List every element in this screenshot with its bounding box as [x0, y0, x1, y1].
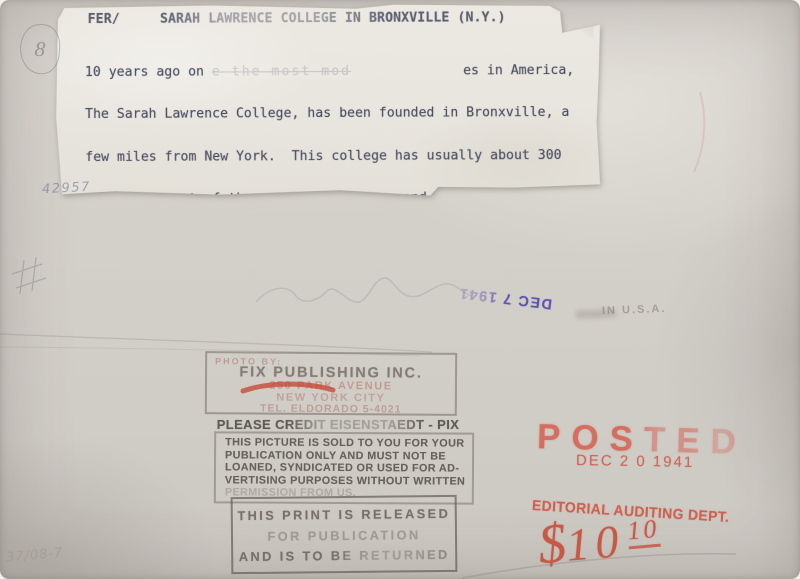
license-line: PUBLICATION ONLY AND MUST NOT BE — [225, 449, 467, 463]
release-line: THIS PRINT IS RELEASED — [233, 504, 455, 527]
license-line: VERTISING PURPOSES WITHOUT WRITTEN — [225, 474, 467, 488]
caption-line: probably no 2 students have the same sch… — [86, 318, 586, 334]
pencil-negative-number: 37/08-7 — [5, 546, 64, 566]
pink-scratch — [694, 92, 704, 172]
caption-line: The Sarah Lawrence College, has been fou… — [85, 106, 585, 122]
caption-header: FER/ SARAH LAWRENCE COLLEGE IN BRONXVILL… — [88, 10, 506, 27]
release-stamp-box: THIS PRINT IS RELEASED FOR PUBLICATION A… — [231, 495, 458, 574]
license-line: LOANED, SYNDICATED OR USED FOR AD- — [225, 462, 467, 476]
caption-line: few miles from New York. This college ha… — [85, 149, 585, 165]
license-stamp-box: THIS PICTURE IS SOLD TO YOU FOR YOUR PUB… — [214, 431, 474, 504]
caption-line: students, most of them are in residence … — [85, 191, 585, 207]
circled-number-value: 8 — [34, 36, 46, 62]
posted-date-stamp: DEC 2 0 1941 — [576, 452, 695, 471]
caption-line1-prefix: 10 years ago on — [85, 66, 212, 81]
crease-line — [0, 334, 432, 352]
caption-line1-faded-text: e the most mod — [212, 65, 351, 80]
erased-gap — [351, 65, 463, 80]
price-dollars: 10 — [564, 515, 626, 571]
caption-slip-paper: FER/ SARAH LAWRENCE COLLEGE IN BRONXVILL… — [55, 4, 603, 198]
release-line: FOR PUBLICATION — [233, 524, 455, 547]
agency-stamp-box: PHOTO BY: FIX PUBLISHING INC. 250 PARK A… — [205, 351, 457, 416]
price-cents: 10 — [626, 514, 661, 550]
caption-line: 10 years ago on e the most modes in Amer… — [85, 64, 585, 80]
faint-pencil-script — [256, 278, 472, 302]
agency-phone: TEL. ELDORADO 5-4021 — [207, 403, 455, 416]
credit-stamp: PLEASE CREDIT EISENSTAEDT - PIX — [210, 417, 466, 432]
handwritten-price: $1010 — [535, 503, 662, 577]
tally-pencil-mark — [12, 257, 46, 294]
pencil-file-number: 42957 — [42, 180, 92, 198]
received-date-stamp: DEC 7 1941 — [447, 281, 563, 313]
release-line: AND IS TO BE RETURNED — [233, 545, 455, 568]
caption-line1-suffix: es in America, — [463, 64, 574, 79]
caption-slip: FER/ SARAH LAWRENCE COLLEGE IN BRONXVILL… — [55, 4, 603, 198]
photo-by-label: PHOTO BY: — [215, 356, 282, 366]
caption-line: equally divided between men and women. T… — [86, 233, 586, 249]
made-in-usa-stamp: IN U.S.A. — [602, 303, 667, 317]
paper-fold-shadow — [546, 6, 594, 40]
press-photo-verso: FER/ SARAH LAWRENCE COLLEGE IN BRONXVILL… — [0, 0, 800, 579]
license-line: THIS PICTURE IS SOLD TO YOU FOR YOUR — [225, 436, 467, 450]
